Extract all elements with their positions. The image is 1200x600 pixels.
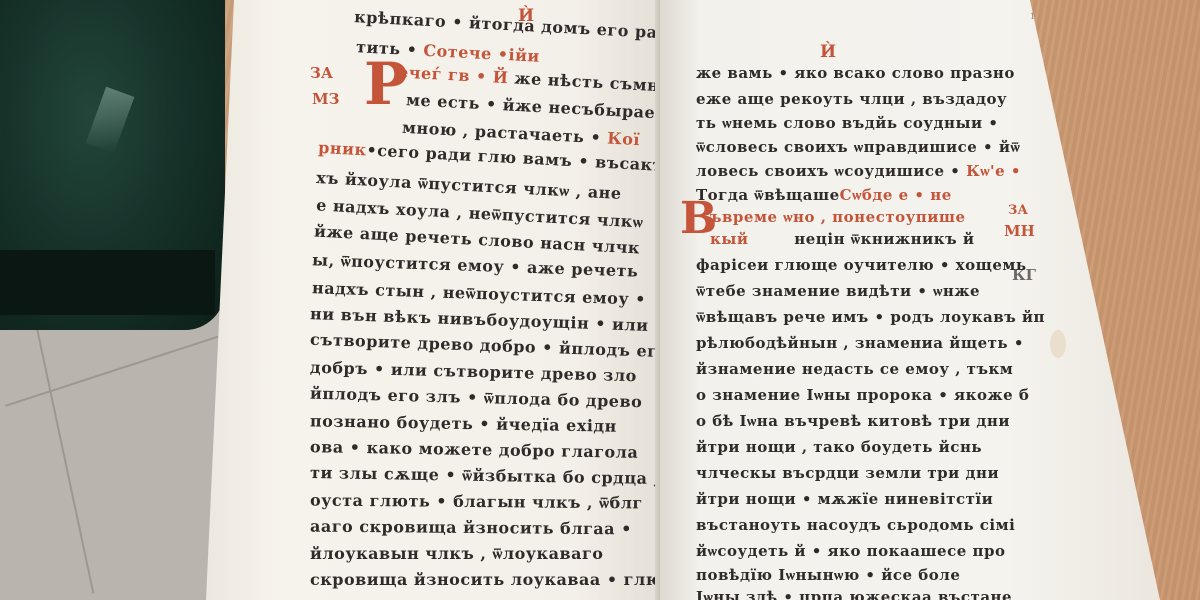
text-line: ловесь своихъ ѡсоудишисе • Кѡ'е • (696, 162, 1021, 181)
text-line: ѿтебе знамение видѣти • ѡнже (696, 282, 980, 301)
left-page: Ѝ ЗА МЗ Р крѣпкаго • йтогда домъ его рас… (206, 0, 664, 600)
text-line: о бѣ Іѡна въчревѣ китовѣ три дни (696, 412, 1010, 431)
text-line: Іѡны здѣ • црца южескаа въстане (696, 588, 1012, 600)
text-line: же вамь • яко всако слово празно (696, 64, 1015, 82)
text-line: познано боудеть • йчедїа ехідн (310, 411, 617, 435)
text-line: йлоукавын члкъ , ѿлоукаваго (310, 544, 603, 564)
text-line: Тогда ѿвѣщашеСѡбде е • не (696, 186, 952, 205)
text-line: ы, ѿпоустится емоу • аже речеть (312, 250, 639, 281)
text-line: члческы въсрдци земли три дни (696, 464, 999, 482)
text-line: о знамение Іѡны пророка • якоже б (696, 386, 1029, 405)
tiled-floor (0, 300, 225, 600)
text-line: йзнамение недасть се емоу , тъкм (696, 360, 1013, 378)
text-line: йтри нощи • мѫжїе ниневітстїи (696, 490, 993, 508)
text-line: рѣлюбодѣйнын , знамениа йщеть • (696, 334, 1024, 352)
text-line: ть ѡнемь слово въдйь соудныи • (696, 114, 998, 133)
text-line: въстаноуть насоудъ сьродомь сімі (696, 516, 1015, 534)
text-line: ааго скровища йзносить блгаа • (310, 517, 632, 539)
text-line: тить • Сотече •ійи (356, 37, 541, 66)
text-line: ѿсловесь своихъ ѡправдишисе • йѿ (696, 138, 1020, 157)
text-line: йплодъ его злъ • ѿплода бо древо (310, 384, 643, 413)
green-leather-chair (0, 0, 225, 330)
text-line: фарісеи глюще оучителю • хощемь (696, 256, 1027, 274)
text-line: повѣдїю Іѡнынѡю • йсе боле (696, 566, 960, 585)
text-line: ни вън вѣкъ нивъбоудоущін • или (310, 304, 649, 335)
text-line: ти злы сѫще • ѿйзбытка бо срдца , (310, 463, 660, 489)
text-line: йтри нощи , тако боудеть йснь (696, 438, 982, 456)
text-line: ѿвѣщавъ рече имъ • родъ лоукавъ йп (696, 308, 1045, 327)
text-line: ова • како можете добро глагола (310, 437, 639, 462)
left-page-text: крѣпкаго • йтогда домъ его расхы тить • … (206, 0, 664, 600)
text-line: добръ • или сътворите древо зло (310, 358, 637, 386)
text-line: крѣпкаго • йтогда домъ его расхы (354, 7, 695, 44)
text-line: кый нецін ѿкнижникъ й (710, 230, 974, 249)
text-line: оуста глють • благын члкъ , ѿблг (310, 491, 643, 514)
text-line: сътворите древо добро • йплодъ его (310, 330, 669, 362)
text-line: скровища йзносить лоукаваа • глю (310, 570, 663, 589)
text-line: еже аще рекоуть члци , въздадоу (696, 90, 1007, 108)
photo-scene: Ѝ ЗА МЗ Р крѣпкаго • йтогда домъ его рас… (0, 0, 1200, 600)
text-line: ъвреме ѡно , понестоупише (710, 208, 966, 227)
text-line: йѡсоудеть й • яко покаашесе про (696, 542, 1005, 561)
